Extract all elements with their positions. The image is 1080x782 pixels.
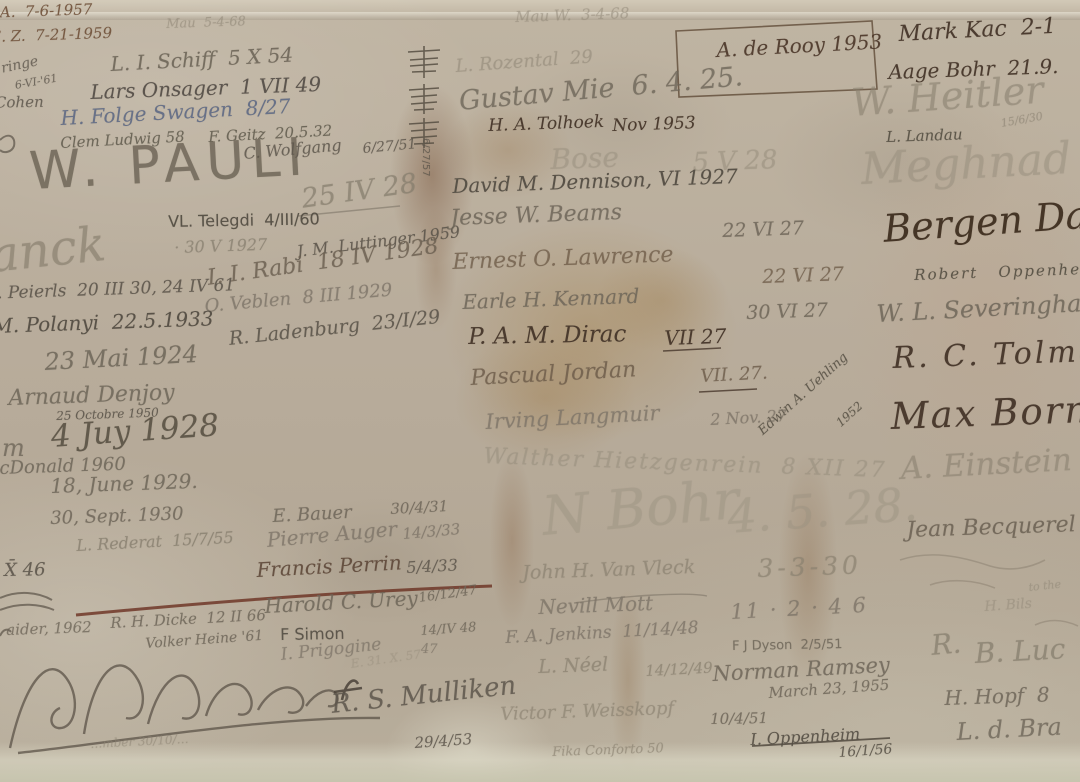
signature: R. (930, 629, 962, 660)
signature: Jean Becquerel (906, 514, 1076, 542)
signature: X̄ 46 (4, 561, 46, 580)
signature: Volker Heine '61 (145, 629, 264, 651)
signature: Mau W. 3-4-68 (515, 6, 630, 25)
signature: L. Rozental 29 (455, 48, 594, 76)
signature: 29/4/53 (414, 732, 473, 751)
signature: 30, Sept. 1930 (50, 505, 184, 528)
signature: aider, 1962 (6, 620, 92, 638)
signature: R. C. Tolman (892, 336, 1080, 374)
signature: Harold C. Urey (264, 588, 418, 616)
signature: F J Dyson 2/5/51 (732, 638, 843, 653)
signature: R. Cohen (0, 95, 44, 111)
signature: Victor F. Weisskopf (500, 700, 674, 724)
signature: L. Néel (538, 656, 609, 677)
signature: H. Hopf 8 (944, 684, 1050, 708)
signature: F. A. 7-6-1957 (0, 2, 93, 21)
signature: H. Bils (984, 597, 1032, 614)
signature: VII. 27. (700, 364, 768, 385)
signature: 6/27/57 (420, 138, 430, 177)
signature: P. A. M. Dirac (468, 323, 627, 349)
signature: VII 27 (664, 326, 727, 348)
signature: R. Ladenburg 23/I/29 (228, 308, 441, 349)
signature: L. Rederat 15/7/55 (76, 530, 234, 554)
signature: L. I. Schiff 5 X 54 (110, 44, 294, 74)
signature: Pascual Jordan (470, 359, 637, 390)
signature: M. Polanyi 22.5.1933 (0, 308, 214, 336)
signature: R. S. Mulliken (330, 673, 517, 718)
signature: 6/27/51 (362, 137, 417, 156)
signature: 23 Mai 1924 (44, 342, 198, 374)
signature: 11 · 2 · 4 6 (730, 595, 868, 623)
signature: H. A. Tolhoek (488, 114, 604, 135)
signature: David M. Dennison, VI 1927 (452, 166, 738, 196)
signature: 30/4/31 (390, 499, 449, 517)
signature: 6-VI-'61 (14, 73, 58, 91)
signature: Franck (0, 220, 108, 286)
signature: Francis Perrin (256, 552, 402, 580)
signature: Mau 5-4-68 (166, 15, 246, 31)
signature: 47 (421, 643, 438, 656)
signature: Fika Conforto 50 (552, 742, 664, 759)
signature: W. L. Severinghaus (876, 290, 1080, 326)
signature: 1952 (834, 400, 865, 429)
signature: to the (1028, 579, 1062, 593)
signature: 14/12/49 (645, 660, 713, 679)
signature: R. H. Dicke 12 II 66 (110, 608, 266, 631)
signature: VL. Telegdi 4/III/60 (168, 211, 320, 230)
signature: Earle H. Kennard (462, 286, 640, 312)
signature: L. d. Bra (956, 714, 1062, 743)
signature: 25 IV 28 (300, 170, 419, 213)
signature-layer: F. A. 7-6-1957E. Z. 7-21-1959ringe6-VI-'… (0, 0, 1080, 782)
signature: Nov 1953 (612, 115, 696, 135)
signature: 3-3-30 (757, 552, 862, 581)
signature: Nevill Mott (538, 593, 653, 617)
signature: Mark Kac 2-1 (898, 16, 1057, 46)
signature: ringe (0, 54, 40, 75)
signature: 14/3/33 (402, 522, 461, 542)
signature: Robert Oppenheimer (914, 261, 1080, 283)
signature: 22 VI 27 (722, 219, 804, 241)
signature: Ernest O. Lawrence (452, 244, 674, 274)
signature: B. Luc (974, 635, 1066, 668)
signature: A. de Rooy 1953 (716, 31, 883, 60)
signature: N Bohr (540, 473, 741, 544)
signature: 5/4/33 (406, 557, 458, 576)
signature: 2 Nov. 27 (710, 408, 787, 428)
signature: 4. 5. 28. (726, 481, 919, 540)
signature: Jesse W. Beams (450, 202, 622, 230)
signature: Max Born (890, 391, 1080, 435)
signature-wall-photo: F. A. 7-6-1957E. Z. 7-21-1959ringe6-VI-'… (0, 0, 1080, 782)
signature: 4 Juy 1928 (50, 410, 220, 453)
signature: Irving Langmuir (485, 403, 660, 433)
signature: 14/IV 48 (420, 621, 477, 638)
signature: F. A. Jenkins 11/14/48 (505, 620, 699, 647)
signature: E. Z. 7-21-1959 (0, 26, 112, 45)
signature: 16/1/56 (838, 742, 893, 760)
signature: 16/12/47 (418, 584, 478, 605)
signature: 22 VI 27 (762, 265, 844, 287)
signature: Bergen Davis (882, 192, 1080, 248)
signature: John H. Van Vleck (522, 558, 696, 583)
signature: R. Peierls 20 III 30, 24 IV 61 (0, 277, 235, 303)
signature: · 30 V 1927 (174, 237, 267, 256)
signature: 18, June 1929. (50, 471, 198, 496)
signature: …mber 30/10/… (90, 733, 189, 750)
signature: A. Einstein (900, 445, 1073, 485)
signature: 30 VI 27 (746, 301, 828, 323)
signature: 10/4/51 (710, 711, 768, 727)
